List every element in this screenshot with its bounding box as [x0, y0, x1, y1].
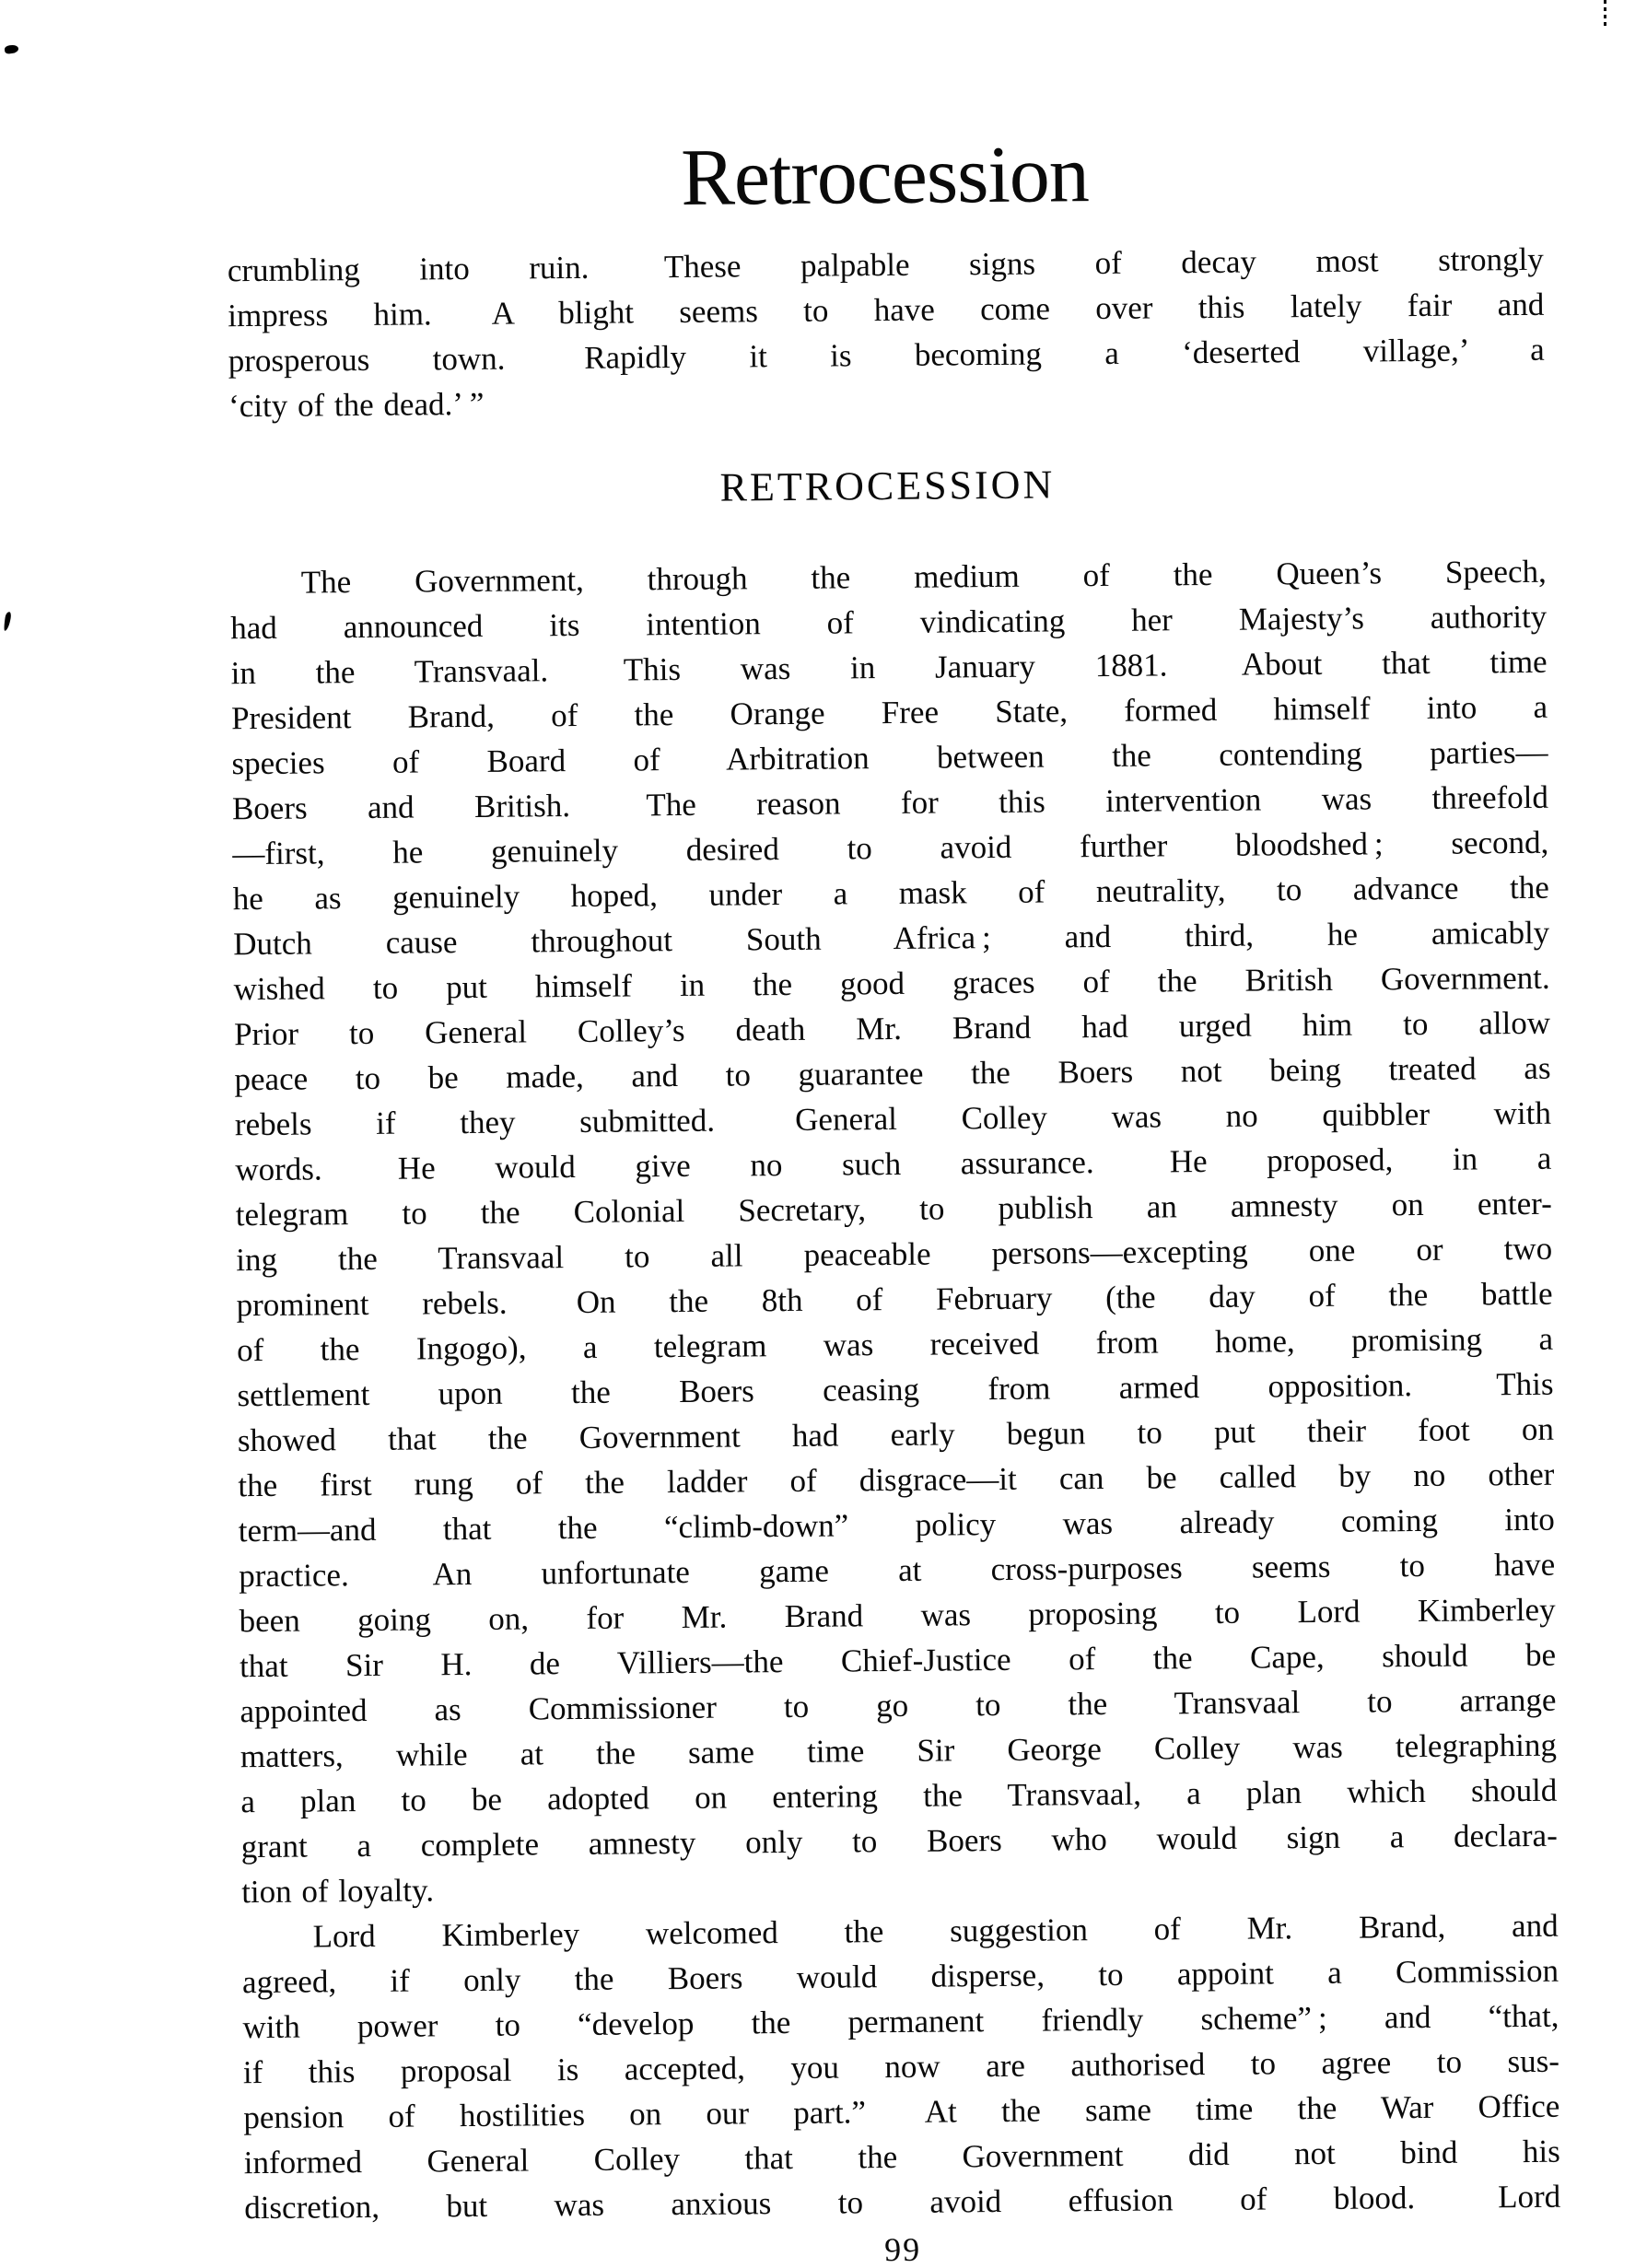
scan-edge-mark [1604, 0, 1606, 26]
paragraph-body: The Government, through the medium of th… [230, 549, 1561, 2230]
ink-mark [3, 612, 11, 632]
book-page: Retrocession crumbling into ruin. These … [0, 0, 1647, 2268]
section-heading: RETROCESSION [229, 461, 1546, 512]
paragraph-continuation: crumbling into ruin. These palpable sign… [228, 237, 1546, 428]
ink-speck [4, 44, 18, 54]
page-number: 99 [244, 2226, 1560, 2268]
page-title: Retrocession [227, 131, 1544, 223]
page-content: Retrocession crumbling into ruin. These … [225, 0, 1560, 2268]
